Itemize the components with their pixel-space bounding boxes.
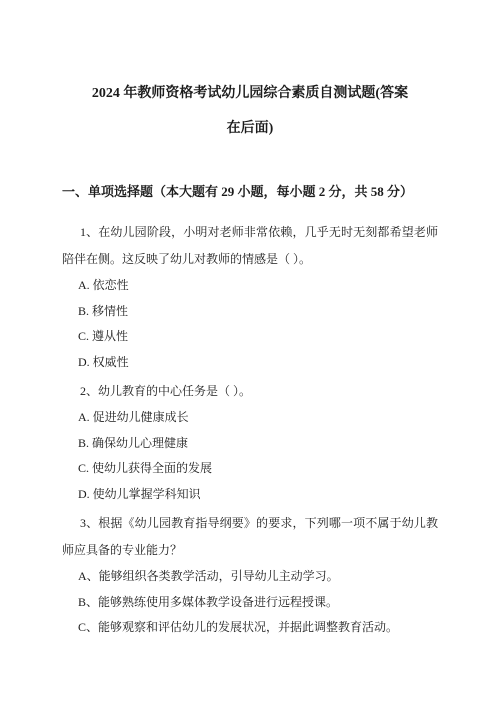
question-3-text: 3、根据《幼儿园教育指导纲要》的要求，下列哪一项不属于幼儿教师应具备的专业能力？: [62, 510, 438, 564]
question-1-option-c: C. 遵从性: [78, 324, 438, 350]
question-1: 1、在幼儿园阶段，小明对老师非常依赖，几乎无时无刻都希望老师陪伴在侧。这反映了幼…: [62, 219, 438, 375]
question-3-option-a: A、能够组织各类教学活动，引导幼儿主动学习。: [78, 564, 438, 590]
title-line-1: 2024 年教师资格考试幼儿园综合素质自测试题(答案: [62, 86, 438, 102]
question-3-option-c: C、能够观察和评估幼儿的发展状况，并据此调整教育活动。: [78, 615, 438, 641]
question-2-text: 2、幼儿教育的中心任务是（ ）。: [62, 378, 438, 405]
question-2-option-b: B. 确保幼儿心理健康: [78, 431, 438, 457]
question-3: 3、根据《幼儿园教育指导纲要》的要求，下列哪一项不属于幼儿教师应具备的专业能力？…: [62, 510, 438, 641]
question-2-option-d: D. 使幼儿掌握学科知识: [78, 482, 438, 508]
question-2-option-c: C. 使幼儿获得全面的发展: [78, 456, 438, 482]
title-line-2: 在后面): [62, 121, 438, 137]
question-1-option-b: B. 移情性: [78, 299, 438, 325]
document-title: 2024 年教师资格考试幼儿园综合素质自测试题(答案 在后面): [62, 86, 438, 137]
exam-document-page: 2024 年教师资格考试幼儿园综合素质自测试题(答案 在后面) 一、单项选择题（…: [0, 0, 500, 707]
question-1-option-d: D. 权威性: [78, 350, 438, 376]
question-1-text: 1、在幼儿园阶段，小明对老师非常依赖，几乎无时无刻都希望老师陪伴在侧。这反映了幼…: [62, 219, 438, 273]
question-3-option-b: B、能够熟练使用多媒体教学设备进行远程授课。: [78, 590, 438, 616]
section-heading: 一、单项选择题（本大题有 29 小题，每小题 2 分，共 58 分）: [62, 183, 438, 201]
question-2: 2、幼儿教育的中心任务是（ ）。 A. 促进幼儿健康成长 B. 确保幼儿心理健康…: [62, 378, 438, 507]
question-2-option-a: A. 促进幼儿健康成长: [78, 405, 438, 431]
question-1-option-a: A. 依恋性: [78, 273, 438, 299]
